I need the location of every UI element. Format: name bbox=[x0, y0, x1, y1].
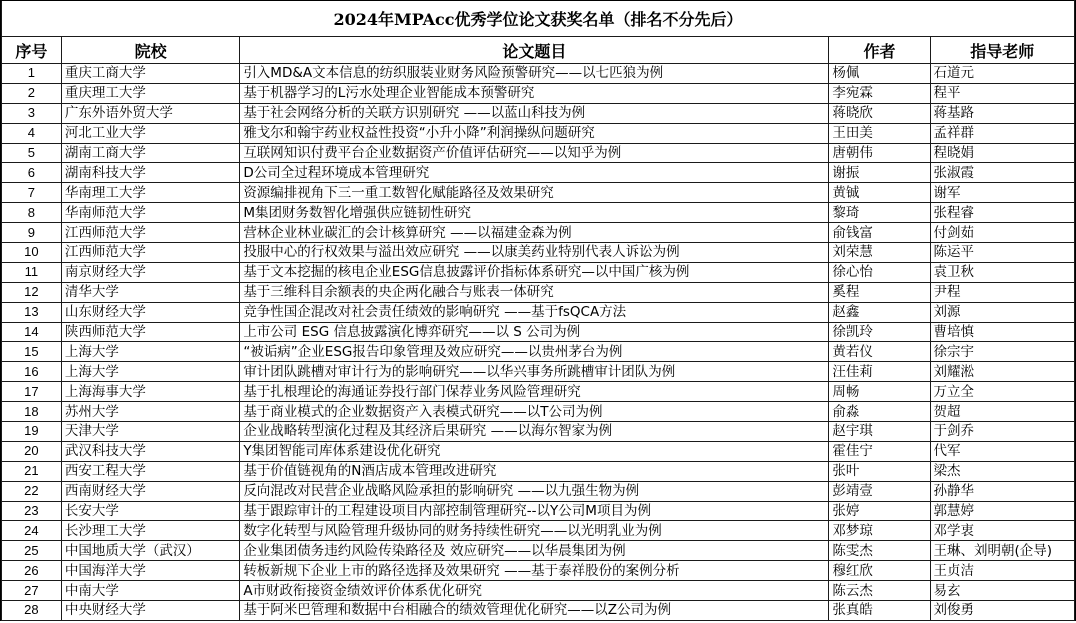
row-num-cell[interactable]: 11 bbox=[2, 262, 62, 282]
row-thesis-cell[interactable]: 反向混改对民营企业战略风险承担的影响研究 ——以九强生物为例 bbox=[240, 481, 829, 501]
row-author-cell[interactable]: 陈雯杰 bbox=[829, 541, 930, 561]
row-author-cell[interactable]: 俞钱富 bbox=[829, 223, 930, 243]
row-author-cell[interactable]: 王田美 bbox=[829, 123, 930, 143]
row-advisor-cell[interactable]: 郭慧婷 bbox=[930, 501, 1074, 521]
row-author-cell[interactable]: 赵鑫 bbox=[829, 302, 930, 322]
row-school-cell[interactable]: 中南大学 bbox=[61, 581, 239, 601]
row-advisor-cell[interactable]: 袁卫秋 bbox=[930, 262, 1074, 282]
row-advisor-cell[interactable]: 梁杰 bbox=[930, 461, 1074, 481]
row-thesis-cell[interactable]: 上市公司 ESG 信息披露演化博弈研究——以 S 公司为例 bbox=[240, 322, 829, 342]
row-school-cell[interactable]: 华南理工大学 bbox=[61, 183, 239, 203]
row-num-cell[interactable]: 7 bbox=[2, 183, 62, 203]
row-advisor-cell[interactable]: 王贞洁 bbox=[930, 561, 1074, 581]
row-num-cell[interactable]: 9 bbox=[2, 223, 62, 243]
row-school-cell[interactable]: 江西师范大学 bbox=[61, 223, 239, 243]
row-thesis-cell[interactable]: 基于机器学习的L污水处理企业智能成本预警研究 bbox=[240, 83, 829, 103]
table-row: 4河北工业大学雅戈尔和翰宇药业权益性投资“小升小降”利润操纵问题研究王田美孟祥群 bbox=[2, 123, 1075, 143]
row-school-cell[interactable]: 江西师范大学 bbox=[61, 243, 239, 263]
row-advisor-cell[interactable]: 刘耀淞 bbox=[930, 362, 1074, 382]
row-num-cell[interactable]: 17 bbox=[2, 382, 62, 402]
table-row: 5湖南工商大学互联网知识付费平台企业数据资产价值评估研究——以知乎为例唐朝伟程晓… bbox=[2, 143, 1075, 163]
table-body: 1重庆工商大学引入MD&A文本信息的纺织服装业财务风险预警研究——以七匹狼为例杨… bbox=[2, 64, 1075, 621]
row-school-cell[interactable]: 重庆理工大学 bbox=[61, 83, 239, 103]
row-author-cell[interactable]: 唐朝伟 bbox=[829, 143, 930, 163]
row-num-cell[interactable]: 6 bbox=[2, 163, 62, 183]
row-author-cell[interactable]: 赵宇琪 bbox=[829, 422, 930, 442]
row-num-cell[interactable]: 16 bbox=[2, 362, 62, 382]
row-num-cell[interactable]: 24 bbox=[2, 521, 62, 541]
row-thesis-cell[interactable]: 企业集团债务违约风险传染路径及 效应研究——以华晨集团为例 bbox=[240, 541, 829, 561]
row-thesis-cell[interactable]: A市财政衔接资金绩效评价体系优化研究 bbox=[240, 581, 829, 601]
row-school-cell[interactable]: 西南财经大学 bbox=[61, 481, 239, 501]
table-row: 22西南财经大学反向混改对民营企业战略风险承担的影响研究 ——以九强生物为例彭靖… bbox=[2, 481, 1075, 501]
row-author-cell[interactable]: 汪佳莉 bbox=[829, 362, 930, 382]
table-row: 20武汉科技大学Y集团智能司库体系建设优化研究霍佳宁代军 bbox=[2, 441, 1075, 461]
row-advisor-cell[interactable]: 曹培慎 bbox=[930, 322, 1074, 342]
row-author-cell[interactable]: 穆红欣 bbox=[829, 561, 930, 581]
table-row: 26中国海洋大学转板新规下企业上市的路径选择及效果研究 ——基于泰祥股份的案例分… bbox=[2, 561, 1075, 581]
row-author-cell[interactable]: 彭靖壹 bbox=[829, 481, 930, 501]
row-author-cell[interactable]: 奚程 bbox=[829, 282, 930, 302]
row-author-cell[interactable]: 俞淼 bbox=[829, 402, 930, 422]
row-thesis-cell[interactable]: 转板新规下企业上市的路径选择及效果研究 ——基于泰祥股份的案例分析 bbox=[240, 561, 829, 581]
row-num-cell[interactable]: 25 bbox=[2, 541, 62, 561]
table-row: 18苏州大学基于商业模式的企业数据资产入表模式研究——以T公司为例俞淼贺超 bbox=[2, 402, 1075, 422]
row-school-cell[interactable]: 重庆工商大学 bbox=[61, 64, 239, 84]
table-row: 13山东财经大学竞争性国企混改对社会责任绩效的影响研究 ——基于fsQCA方法赵… bbox=[2, 302, 1075, 322]
row-advisor-cell[interactable]: 于剑乔 bbox=[930, 422, 1074, 442]
row-advisor-cell[interactable]: 尹程 bbox=[930, 282, 1074, 302]
table-row: 1重庆工商大学引入MD&A文本信息的纺织服装业财务风险预警研究——以七匹狼为例杨… bbox=[2, 64, 1075, 84]
row-school-cell[interactable]: 长沙理工大学 bbox=[61, 521, 239, 541]
table-row: 14陕西师范大学上市公司 ESG 信息披露演化博弈研究——以 S 公司为例徐凯玲… bbox=[2, 322, 1075, 342]
row-thesis-cell[interactable]: 审计团队跳槽对审计行为的影响研究——以华兴事务所跳槽审计团队为例 bbox=[240, 362, 829, 382]
header-advisor[interactable]: 指导老师 bbox=[930, 37, 1074, 64]
row-advisor-cell[interactable]: 刘俊勇 bbox=[930, 601, 1074, 621]
header-num[interactable]: 序号 bbox=[2, 37, 62, 64]
row-school-cell[interactable]: 天津大学 bbox=[61, 422, 239, 442]
row-school-cell[interactable]: 湖南工商大学 bbox=[61, 143, 239, 163]
table-row: 25中国地质大学（武汉）企业集团债务违约风险传染路径及 效应研究——以华晨集团为… bbox=[2, 541, 1075, 561]
row-thesis-cell[interactable]: 基于三维科目余额表的央企两化融合与账表一体研究 bbox=[240, 282, 829, 302]
row-advisor-cell[interactable]: 刘源 bbox=[930, 302, 1074, 322]
row-author-cell[interactable]: 张真皓 bbox=[829, 601, 930, 621]
sheet-title[interactable]: 2024年MPAcc优秀学位论文获奖名单（排名不分先后） bbox=[2, 1, 1075, 37]
title-row: 2024年MPAcc优秀学位论文获奖名单（排名不分先后） bbox=[2, 1, 1075, 37]
row-thesis-cell[interactable]: 基于社会网络分析的关联方识别研究 ——以蓝山科技为例 bbox=[240, 103, 829, 123]
row-thesis-cell[interactable]: D公司全过程环境成本管理研究 bbox=[240, 163, 829, 183]
row-num-cell[interactable]: 27 bbox=[2, 581, 62, 601]
row-advisor-cell[interactable]: 程晓娟 bbox=[930, 143, 1074, 163]
row-advisor-cell[interactable]: 代军 bbox=[930, 441, 1074, 461]
row-author-cell[interactable]: 陈云杰 bbox=[829, 581, 930, 601]
row-advisor-cell[interactable]: 易玄 bbox=[930, 581, 1074, 601]
row-thesis-cell[interactable]: 雅戈尔和翰宇药业权益性投资“小升小降”利润操纵问题研究 bbox=[240, 123, 829, 143]
table-row: 16上海大学审计团队跳槽对审计行为的影响研究——以华兴事务所跳槽审计团队为例汪佳… bbox=[2, 362, 1075, 382]
row-school-cell[interactable]: 山东财经大学 bbox=[61, 302, 239, 322]
row-num-cell[interactable]: 1 bbox=[2, 64, 62, 84]
row-num-cell[interactable]: 5 bbox=[2, 143, 62, 163]
row-school-cell[interactable]: 武汉科技大学 bbox=[61, 441, 239, 461]
row-thesis-cell[interactable]: 引入MD&A文本信息的纺织服装业财务风险预警研究——以七匹狼为例 bbox=[240, 64, 829, 84]
row-author-cell[interactable]: 黄铖 bbox=[829, 183, 930, 203]
award-table: 2024年MPAcc优秀学位论文获奖名单（排名不分先后） 序号 院校 论文题目 … bbox=[1, 0, 1075, 621]
row-advisor-cell[interactable]: 蒋基路 bbox=[930, 103, 1074, 123]
row-num-cell[interactable]: 28 bbox=[2, 601, 62, 621]
table-row: 2重庆理工大学基于机器学习的L污水处理企业智能成本预警研究李宛霖程平 bbox=[2, 83, 1075, 103]
row-advisor-cell[interactable]: 付剑茹 bbox=[930, 223, 1074, 243]
row-author-cell[interactable]: 邓梦琼 bbox=[829, 521, 930, 541]
row-school-cell[interactable]: 清华大学 bbox=[61, 282, 239, 302]
row-author-cell[interactable]: 李宛霖 bbox=[829, 83, 930, 103]
row-school-cell[interactable]: 湖南科技大学 bbox=[61, 163, 239, 183]
header-author[interactable]: 作者 bbox=[829, 37, 930, 64]
table-row: 10江西师范大学投服中心的行权效果与溢出效应研究 ——以康美药业特别代表人诉讼为… bbox=[2, 243, 1075, 263]
row-num-cell[interactable]: 10 bbox=[2, 243, 62, 263]
row-advisor-cell[interactable]: 孙静华 bbox=[930, 481, 1074, 501]
row-school-cell[interactable]: 华南师范大学 bbox=[61, 203, 239, 223]
row-thesis-cell[interactable]: 基于跟踪审计的工程建设项目内部控制管理研究--以Y公司M项目为例 bbox=[240, 501, 829, 521]
row-num-cell[interactable]: 21 bbox=[2, 461, 62, 481]
row-thesis-cell[interactable]: 基于阿米巴管理和数据中台相融合的绩效管理优化研究——以Z公司为例 bbox=[240, 601, 829, 621]
header-thesis[interactable]: 论文题目 bbox=[240, 37, 829, 64]
award-list-sheet: 2024年MPAcc优秀学位论文获奖名单（排名不分先后） 序号 院校 论文题目 … bbox=[0, 0, 1076, 621]
row-author-cell[interactable]: 霍佳宁 bbox=[829, 441, 930, 461]
row-advisor-cell[interactable]: 石道元 bbox=[930, 64, 1074, 84]
row-school-cell[interactable]: 陕西师范大学 bbox=[61, 322, 239, 342]
row-advisor-cell[interactable]: 程平 bbox=[930, 83, 1074, 103]
table-row: 8华南师范大学M集团财务数智化增强供应链韧性研究黎琦张程睿 bbox=[2, 203, 1075, 223]
table-row: 19天津大学企业战略转型演化过程及其经济后果研究 ——以海尔智家为例赵宇琪于剑乔 bbox=[2, 422, 1075, 442]
row-author-cell[interactable]: 张婷 bbox=[829, 501, 930, 521]
table-row: 7华南理工大学资源编排视角下三一重工数智化赋能路径及效果研究黄铖谢军 bbox=[2, 183, 1075, 203]
row-thesis-cell[interactable]: 竞争性国企混改对社会责任绩效的影响研究 ——基于fsQCA方法 bbox=[240, 302, 829, 322]
row-num-cell[interactable]: 23 bbox=[2, 501, 62, 521]
row-num-cell[interactable]: 19 bbox=[2, 422, 62, 442]
row-thesis-cell[interactable]: 企业战略转型演化过程及其经济后果研究 ——以海尔智家为例 bbox=[240, 422, 829, 442]
row-advisor-cell[interactable]: 万立全 bbox=[930, 382, 1074, 402]
row-school-cell[interactable]: 长安大学 bbox=[61, 501, 239, 521]
row-author-cell[interactable]: 徐凯玲 bbox=[829, 322, 930, 342]
row-advisor-cell[interactable]: 陈运平 bbox=[930, 243, 1074, 263]
row-num-cell[interactable]: 4 bbox=[2, 123, 62, 143]
row-advisor-cell[interactable]: 谢军 bbox=[930, 183, 1074, 203]
row-num-cell[interactable]: 13 bbox=[2, 302, 62, 322]
row-thesis-cell[interactable]: 资源编排视角下三一重工数智化赋能路径及效果研究 bbox=[240, 183, 829, 203]
row-num-cell[interactable]: 8 bbox=[2, 203, 62, 223]
row-num-cell[interactable]: 18 bbox=[2, 402, 62, 422]
row-thesis-cell[interactable]: M集团财务数智化增强供应链韧性研究 bbox=[240, 203, 829, 223]
row-thesis-cell[interactable]: 数字化转型与风险管理升级协同的财务持续性研究——以光明乳业为例 bbox=[240, 521, 829, 541]
row-advisor-cell[interactable]: 徐宗宇 bbox=[930, 342, 1074, 362]
row-advisor-cell[interactable]: 孟祥群 bbox=[930, 123, 1074, 143]
table-row: 23长安大学基于跟踪审计的工程建设项目内部控制管理研究--以Y公司M项目为例张婷… bbox=[2, 501, 1075, 521]
row-author-cell[interactable]: 黄若仪 bbox=[829, 342, 930, 362]
table-row: 11南京财经大学基于文本挖掘的核电企业ESG信息披露评价指标体系研究—以中国广核… bbox=[2, 262, 1075, 282]
row-thesis-cell[interactable]: 投服中心的行权效果与溢出效应研究 ——以康美药业特别代表人诉讼为例 bbox=[240, 243, 829, 263]
row-school-cell[interactable]: 上海海事大学 bbox=[61, 382, 239, 402]
row-num-cell[interactable]: 14 bbox=[2, 322, 62, 342]
table-row: 21西安工程大学基于价值链视角的N酒店成本管理改进研究张叶梁杰 bbox=[2, 461, 1075, 481]
row-school-cell[interactable]: 上海大学 bbox=[61, 342, 239, 362]
row-author-cell[interactable]: 徐心怡 bbox=[829, 262, 930, 282]
row-advisor-cell[interactable]: 王琳、刘明朝(企导) bbox=[930, 541, 1074, 561]
table-row: 27中南大学A市财政衔接资金绩效评价体系优化研究陈云杰易玄 bbox=[2, 581, 1075, 601]
table-row: 12清华大学基于三维科目余额表的央企两化融合与账表一体研究奚程尹程 bbox=[2, 282, 1075, 302]
row-thesis-cell[interactable]: 基于文本挖掘的核电企业ESG信息披露评价指标体系研究—以中国广核为例 bbox=[240, 262, 829, 282]
row-author-cell[interactable]: 张叶 bbox=[829, 461, 930, 481]
row-num-cell[interactable]: 20 bbox=[2, 441, 62, 461]
row-num-cell[interactable]: 12 bbox=[2, 282, 62, 302]
table-row: 3广东外语外贸大学基于社会网络分析的关联方识别研究 ——以蓝山科技为例蒋晓欣蒋基… bbox=[2, 103, 1075, 123]
row-advisor-cell[interactable]: 贺超 bbox=[930, 402, 1074, 422]
row-thesis-cell[interactable]: 基于扎根理论的海通证券投行部门保荐业务风险管理研究 bbox=[240, 382, 829, 402]
row-num-cell[interactable]: 26 bbox=[2, 561, 62, 581]
table-row: 24长沙理工大学数字化转型与风险管理升级协同的财务持续性研究——以光明乳业为例邓… bbox=[2, 521, 1075, 541]
row-advisor-cell[interactable]: 张淑霞 bbox=[930, 163, 1074, 183]
header-row: 序号 院校 论文题目 作者 指导老师 bbox=[2, 37, 1075, 64]
row-num-cell[interactable]: 22 bbox=[2, 481, 62, 501]
row-school-cell[interactable]: 西安工程大学 bbox=[61, 461, 239, 481]
row-school-cell[interactable]: 广东外语外贸大学 bbox=[61, 103, 239, 123]
row-author-cell[interactable]: 蒋晓欣 bbox=[829, 103, 930, 123]
row-school-cell[interactable]: 中国海洋大学 bbox=[61, 561, 239, 581]
row-num-cell[interactable]: 3 bbox=[2, 103, 62, 123]
row-author-cell[interactable]: 黎琦 bbox=[829, 203, 930, 223]
table-row: 9江西师范大学营林企业林业碳汇的会计核算研究 ——以福建金森为例俞钱富付剑茹 bbox=[2, 223, 1075, 243]
row-author-cell[interactable]: 刘荣慧 bbox=[829, 243, 930, 263]
row-thesis-cell[interactable]: 基于价值链视角的N酒店成本管理改进研究 bbox=[240, 461, 829, 481]
table-row: 6湖南科技大学D公司全过程环境成本管理研究谢振张淑霞 bbox=[2, 163, 1075, 183]
row-thesis-cell[interactable]: 营林企业林业碳汇的会计核算研究 ——以福建金森为例 bbox=[240, 223, 829, 243]
table-row: 15上海大学“被诟病”企业ESG报告印象管理及效应研究——以贵州茅台为例黄若仪徐… bbox=[2, 342, 1075, 362]
row-author-cell[interactable]: 杨佩 bbox=[829, 64, 930, 84]
row-thesis-cell[interactable]: Y集团智能司库体系建设优化研究 bbox=[240, 441, 829, 461]
row-school-cell[interactable]: 南京财经大学 bbox=[61, 262, 239, 282]
row-advisor-cell[interactable]: 张程睿 bbox=[930, 203, 1074, 223]
row-author-cell[interactable]: 周畅 bbox=[829, 382, 930, 402]
row-thesis-cell[interactable]: 基于商业模式的企业数据资产入表模式研究——以T公司为例 bbox=[240, 402, 829, 422]
row-school-cell[interactable]: 上海大学 bbox=[61, 362, 239, 382]
row-advisor-cell[interactable]: 邓学衷 bbox=[930, 521, 1074, 541]
table-row: 28中央财经大学基于阿米巴管理和数据中台相融合的绩效管理优化研究——以Z公司为例… bbox=[2, 601, 1075, 621]
row-school-cell[interactable]: 河北工业大学 bbox=[61, 123, 239, 143]
row-school-cell[interactable]: 中央财经大学 bbox=[61, 601, 239, 621]
row-thesis-cell[interactable]: 互联网知识付费平台企业数据资产价值评估研究——以知乎为例 bbox=[240, 143, 829, 163]
row-school-cell[interactable]: 中国地质大学（武汉） bbox=[61, 541, 239, 561]
row-thesis-cell[interactable]: “被诟病”企业ESG报告印象管理及效应研究——以贵州茅台为例 bbox=[240, 342, 829, 362]
row-num-cell[interactable]: 15 bbox=[2, 342, 62, 362]
row-school-cell[interactable]: 苏州大学 bbox=[61, 402, 239, 422]
table-row: 17上海海事大学基于扎根理论的海通证券投行部门保荐业务风险管理研究周畅万立全 bbox=[2, 382, 1075, 402]
header-school[interactable]: 院校 bbox=[61, 37, 239, 64]
row-author-cell[interactable]: 谢振 bbox=[829, 163, 930, 183]
row-num-cell[interactable]: 2 bbox=[2, 83, 62, 103]
